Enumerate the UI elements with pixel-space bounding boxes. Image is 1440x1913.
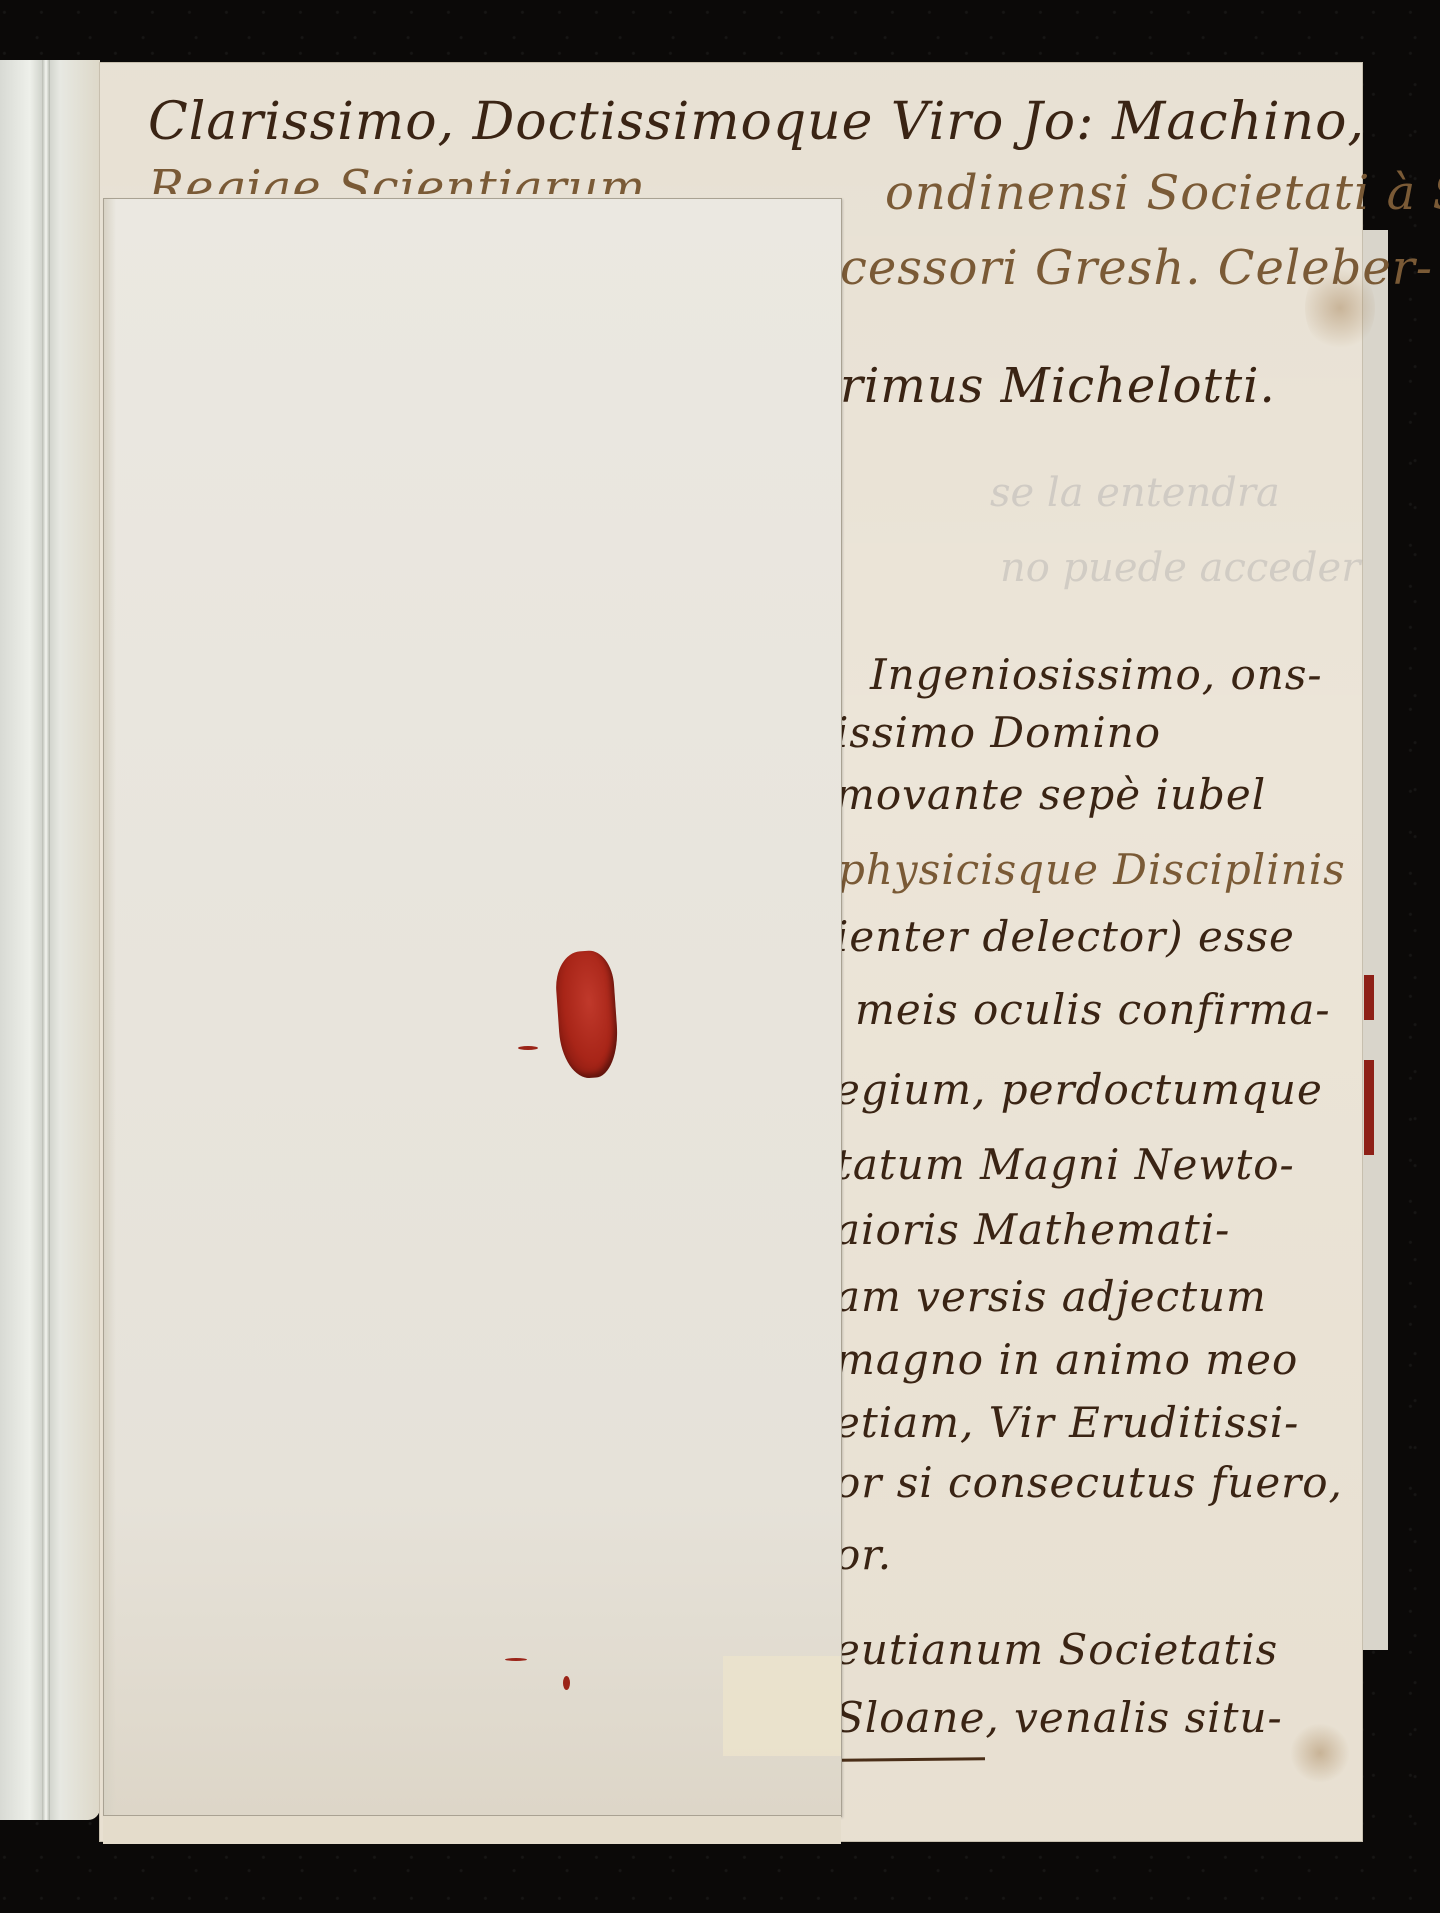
body-line: am versis adjectum bbox=[835, 1272, 1267, 1321]
body-line: Ingeniosissimo, ons- bbox=[870, 650, 1323, 699]
foxing-stain bbox=[1290, 1723, 1350, 1783]
wax-drip bbox=[518, 1046, 538, 1050]
red-wax-trace bbox=[1364, 975, 1374, 1020]
binding-fold bbox=[42, 60, 50, 1820]
bleed-through-text: no puede acceder bbox=[1000, 545, 1360, 591]
body-line: Sloane, venalis situ- bbox=[835, 1693, 1283, 1742]
body-line: etiam, Vir Eruditissi- bbox=[835, 1398, 1299, 1447]
body-line: tatum Magni Newto- bbox=[835, 1140, 1295, 1189]
body-line: egium, perdoctumque bbox=[835, 1065, 1323, 1114]
flap-shadow-edge bbox=[104, 199, 116, 1816]
body-line: issimo Domino bbox=[835, 708, 1161, 757]
body-line: physicisque Disciplinis bbox=[838, 845, 1346, 894]
wax-drip bbox=[505, 1658, 527, 1661]
body-line: or. bbox=[835, 1530, 892, 1579]
binding-guard-strip bbox=[0, 60, 100, 1820]
bleed-through-text: se la entendra bbox=[990, 470, 1280, 516]
wax-drip bbox=[563, 1676, 570, 1690]
address-line-4-signature: rimus Michelotti. bbox=[840, 358, 1276, 414]
address-line-1: Clarissimo, Doctissimoque Viro Jo: Machi… bbox=[148, 92, 1365, 152]
address-line-2-right: ondinensi Societati à Se- bbox=[885, 165, 1440, 221]
folded-flap bbox=[103, 198, 842, 1817]
address-line-3: cessori Gresh. Celeber- bbox=[840, 240, 1433, 296]
body-line: movante sepè iubel bbox=[835, 770, 1266, 819]
body-line: ienter delector) esse bbox=[835, 912, 1295, 961]
body-line: or si consecutus fuero, bbox=[835, 1458, 1343, 1507]
red-wax-trace bbox=[1364, 1060, 1374, 1155]
body-line: meis oculis confirma- bbox=[855, 985, 1331, 1034]
body-line: magno in animo meo bbox=[835, 1335, 1298, 1384]
paper-repair-patch bbox=[723, 1656, 841, 1756]
body-line: aioris Mathemati- bbox=[835, 1205, 1230, 1254]
flap-bottom-band bbox=[103, 1815, 841, 1844]
body-line: eutianum Societatis bbox=[835, 1625, 1278, 1674]
